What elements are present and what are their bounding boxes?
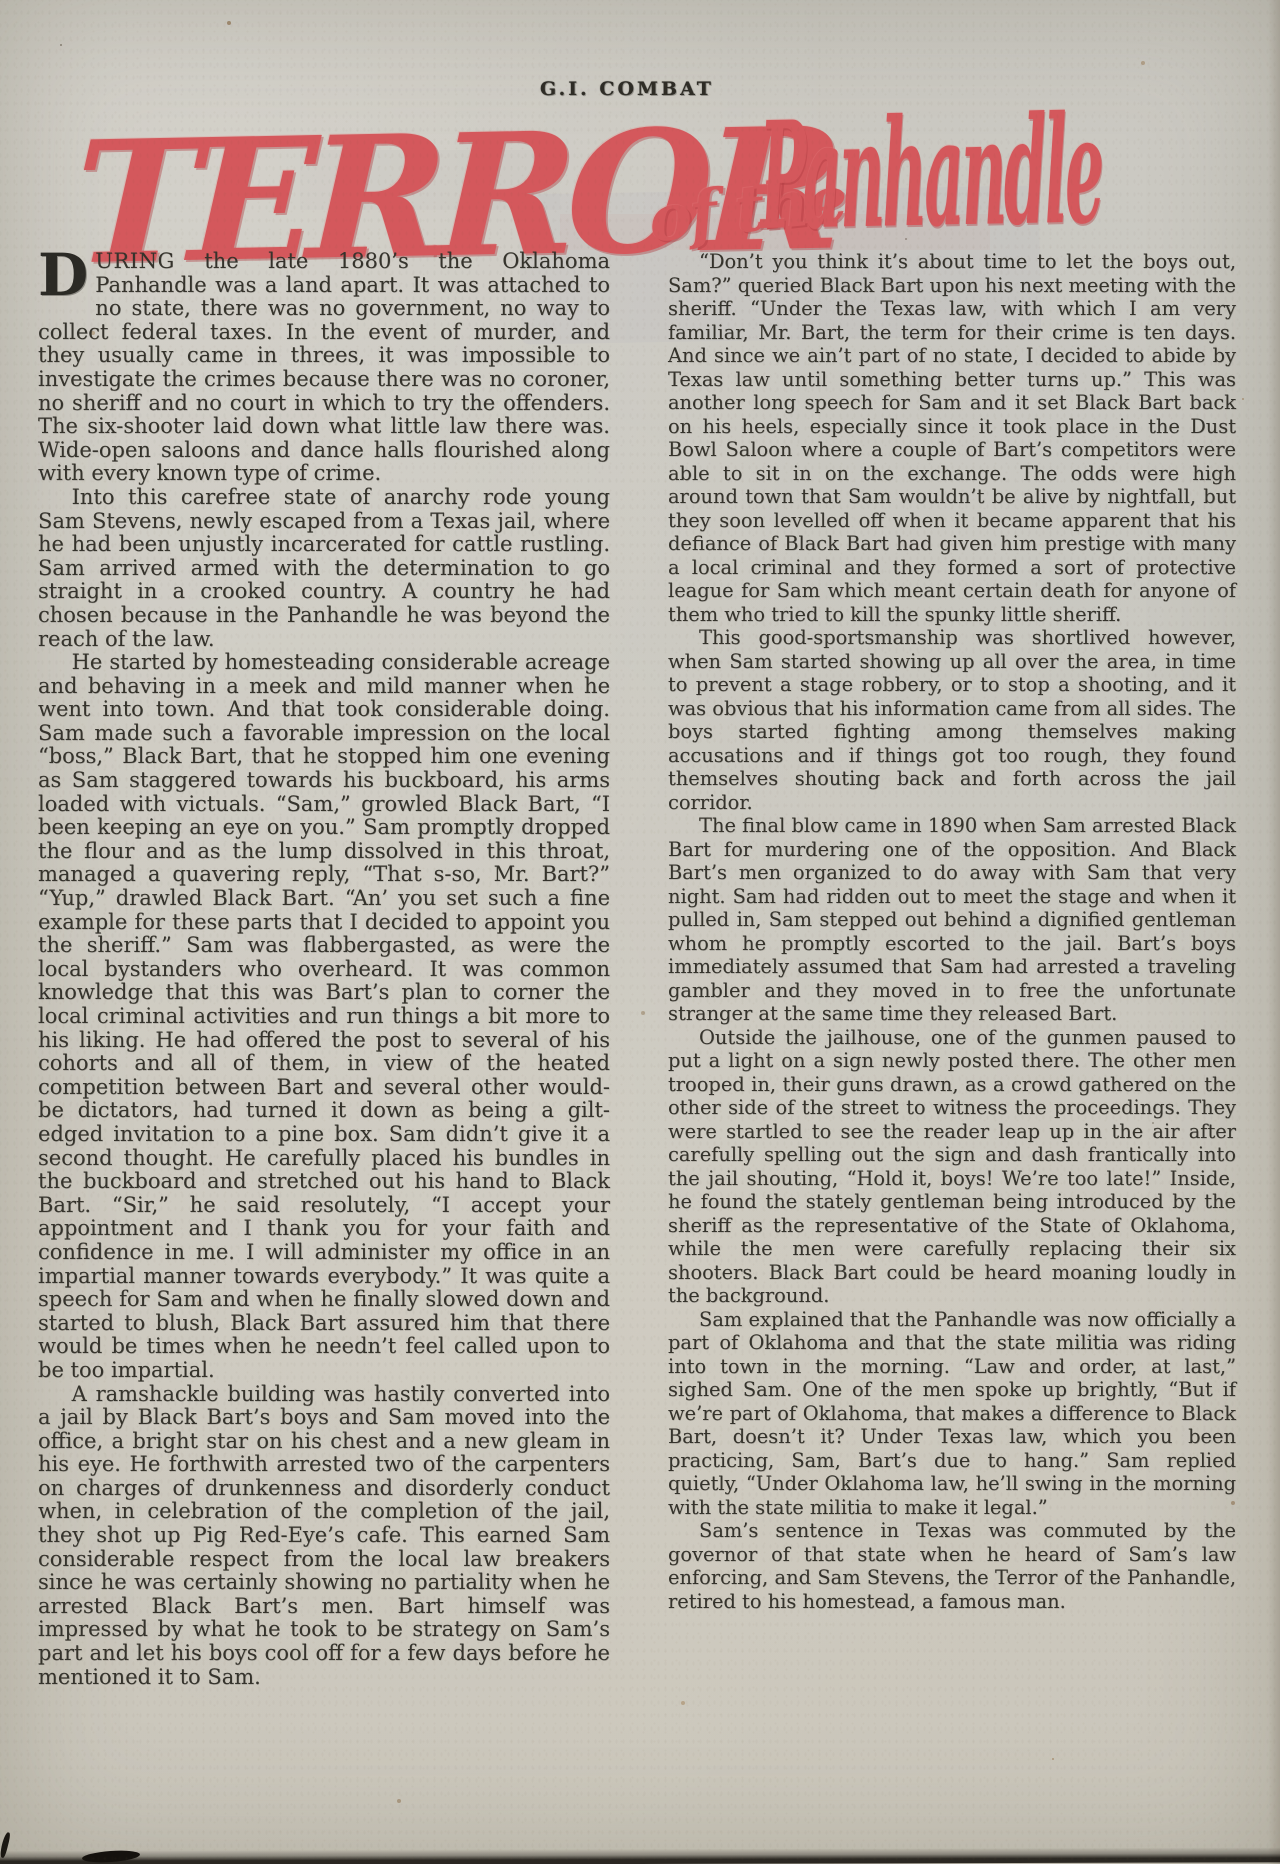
opening-paragraph: DURING the late 1880’s the Oklahoma Panh… bbox=[38, 250, 610, 486]
paragraph: Sam’s sentence in Texas was commuted by … bbox=[668, 1519, 1236, 1613]
paragraph: “Don’t you think it’s about time to let … bbox=[668, 250, 1236, 626]
left-paragraphs: Into this carefree state of anarchy rode… bbox=[38, 486, 610, 1689]
paragraph: The final blow came in 1890 when Sam arr… bbox=[668, 814, 1236, 1026]
left-column: DURING the late 1880’s the Oklahoma Panh… bbox=[38, 250, 610, 1689]
right-paragraphs: “Don’t you think it’s about time to let … bbox=[668, 250, 1236, 1613]
opening-text: the late 1880’s the Oklahoma Panhandle w… bbox=[38, 249, 610, 485]
drop-cap: D bbox=[38, 250, 95, 298]
comic-text-page: G.I. COMBAT TERROR of the Panhandle DURI… bbox=[0, 0, 1280, 1864]
paragraph: This good-sportsmanship was shortlived h… bbox=[668, 626, 1236, 814]
paragraph: A ramshackle building was hastily conver… bbox=[38, 1383, 610, 1690]
title-word-panhandle: Panhandle bbox=[759, 95, 1103, 250]
story-title: TERROR of the Panhandle bbox=[69, 87, 1032, 265]
right-column: “Don’t you think it’s about time to let … bbox=[668, 250, 1236, 1613]
opening-word: URING bbox=[95, 249, 174, 273]
page-bottom-shadow bbox=[0, 1847, 1280, 1864]
paragraph: He started by homesteading considerable … bbox=[38, 651, 610, 1382]
paper-speckles bbox=[0, 0, 2, 2]
paragraph: Into this carefree state of anarchy rode… bbox=[38, 486, 610, 651]
paragraph: Outside the jailhouse, one of the gunmen… bbox=[668, 1026, 1236, 1308]
page-right-edge-shade bbox=[1268, 0, 1280, 1864]
paragraph: Sam explained that the Panhandle was now… bbox=[668, 1308, 1236, 1520]
